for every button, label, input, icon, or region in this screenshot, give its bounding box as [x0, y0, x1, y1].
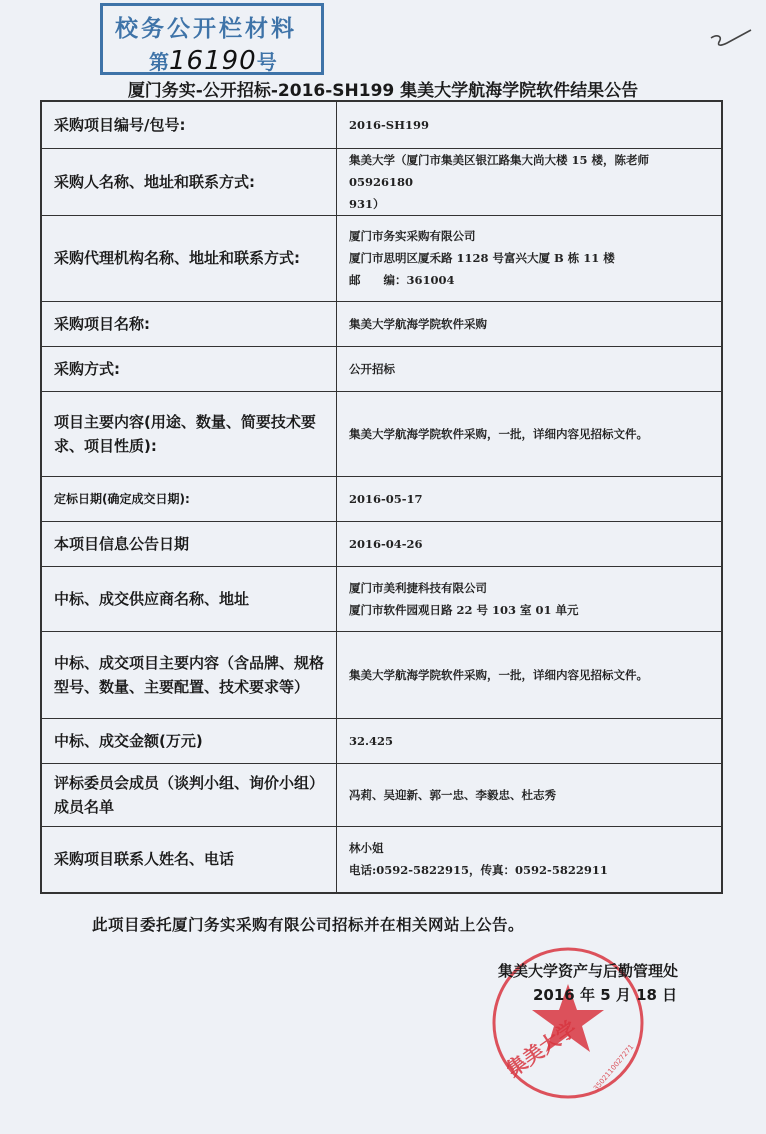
row-label: 中标、成交项目主要内容（含品牌、规格型号、数量、主要配置、技术要求等） [41, 631, 337, 718]
row-label: 评标委员会成员（谈判小组、询价小组）成员名单 [41, 763, 337, 826]
table-row: 采购方式: 公开招标 [41, 346, 722, 391]
row-label: 项目主要内容(用途、数量、简要技术要求、项目性质): [41, 391, 337, 476]
row-label: 采购代理机构名称、地址和联系方式: [41, 215, 337, 301]
svg-text:3502110027271: 3502110027271 [592, 1043, 635, 1093]
row-value: 厦门市美利捷科技有限公司厦门市软件园观日路 22 号 103 室 01 单元 [337, 566, 723, 631]
table-row: 评标委员会成员（谈判小组、询价小组）成员名单 冯莉、吴迎新、郭一忠、李毅忠、杜志… [41, 763, 722, 826]
row-label: 采购项目名称: [41, 301, 337, 346]
row-label: 采购项目联系人姓名、电话 [41, 826, 337, 893]
row-label: 中标、成交供应商名称、地址 [41, 566, 337, 631]
table-row: 采购人名称、地址和联系方式: 集美大学（厦门市集美区银江路集大尚大楼 15 楼，… [41, 148, 722, 215]
row-value: 2016-04-26 [337, 521, 723, 566]
row-value: 冯莉、吴迎新、郭一忠、李毅忠、杜志秀 [337, 763, 723, 826]
row-value: 2016-05-17 [337, 476, 723, 521]
row-label: 本项目信息公告日期 [41, 521, 337, 566]
stamp-number-line: 第16190号 [149, 46, 277, 76]
row-value: 集美大学航海学院软件采购，一批，详细内容见招标文件。 [337, 391, 723, 476]
archive-stamp: 校务公开栏材料 第16190号 [100, 3, 324, 75]
row-label: 定标日期(确定成交日期): [41, 476, 337, 521]
table-row: 采购项目联系人姓名、电话 林小姐电话:0592-5822915，传真：0592-… [41, 826, 722, 893]
stamp-title: 校务公开栏材料 [115, 10, 297, 43]
table-row: 采购项目名称: 集美大学航海学院软件采购 [41, 301, 722, 346]
row-value: 厦门市务实采购有限公司厦门市思明区厦禾路 1128 号富兴大厦 B 栋 11 楼… [337, 215, 723, 301]
row-value: 林小姐电话:0592-5822915，传真：0592-5822911 [337, 826, 723, 893]
row-value: 集美大学（厦门市集美区银江路集大尚大楼 15 楼，陈老师 05926180931… [337, 148, 723, 215]
table-row: 中标、成交项目主要内容（含品牌、规格型号、数量、主要配置、技术要求等） 集美大学… [41, 631, 722, 718]
table-row: 中标、成交金额(万元) 32.425 [41, 718, 722, 763]
table-row: 本项目信息公告日期 2016-04-26 [41, 521, 722, 566]
table-row: 中标、成交供应商名称、地址 厦门市美利捷科技有限公司厦门市软件园观日路 22 号… [41, 566, 722, 631]
svg-text:集美大学: 集美大学 [502, 1016, 581, 1082]
table-row: 采购项目编号/包号: 2016-SH199 [41, 101, 722, 148]
row-value: 2016-SH199 [337, 101, 723, 148]
table-row: 定标日期(确定成交日期): 2016-05-17 [41, 476, 722, 521]
signature-date: 2016 年 5 月 18 日 [533, 984, 677, 1005]
row-label: 采购项目编号/包号: [41, 101, 337, 148]
announcement-table: 采购项目编号/包号: 2016-SH199 采购人名称、地址和联系方式: 集美大… [40, 100, 723, 894]
signature-org: 集美大学资产与后勤管理处 [498, 960, 678, 981]
table-row: 项目主要内容(用途、数量、简要技术要求、项目性质): 集美大学航海学院软件采购，… [41, 391, 722, 476]
row-value: 集美大学航海学院软件采购，一批，详细内容见招标文件。 [337, 631, 723, 718]
row-value: 32.425 [337, 718, 723, 763]
handwritten-number: 16190 [169, 46, 257, 76]
row-label: 中标、成交金额(万元) [41, 718, 337, 763]
row-label: 采购方式: [41, 346, 337, 391]
table-row: 采购代理机构名称、地址和联系方式: 厦门市务实采购有限公司厦门市思明区厦禾路 1… [41, 215, 722, 301]
row-label: 采购人名称、地址和联系方式: [41, 148, 337, 215]
document-title: 厦门务实-公开招标-2016-SH199 集美大学航海学院软件结果公告 [0, 76, 766, 101]
row-value: 公开招标 [337, 346, 723, 391]
handwritten-mark-icon [705, 28, 755, 50]
footer-note: 此项目委托厦门务实采购有限公司招标并在相关网站上公告。 [92, 913, 524, 935]
row-value: 集美大学航海学院软件采购 [337, 301, 723, 346]
